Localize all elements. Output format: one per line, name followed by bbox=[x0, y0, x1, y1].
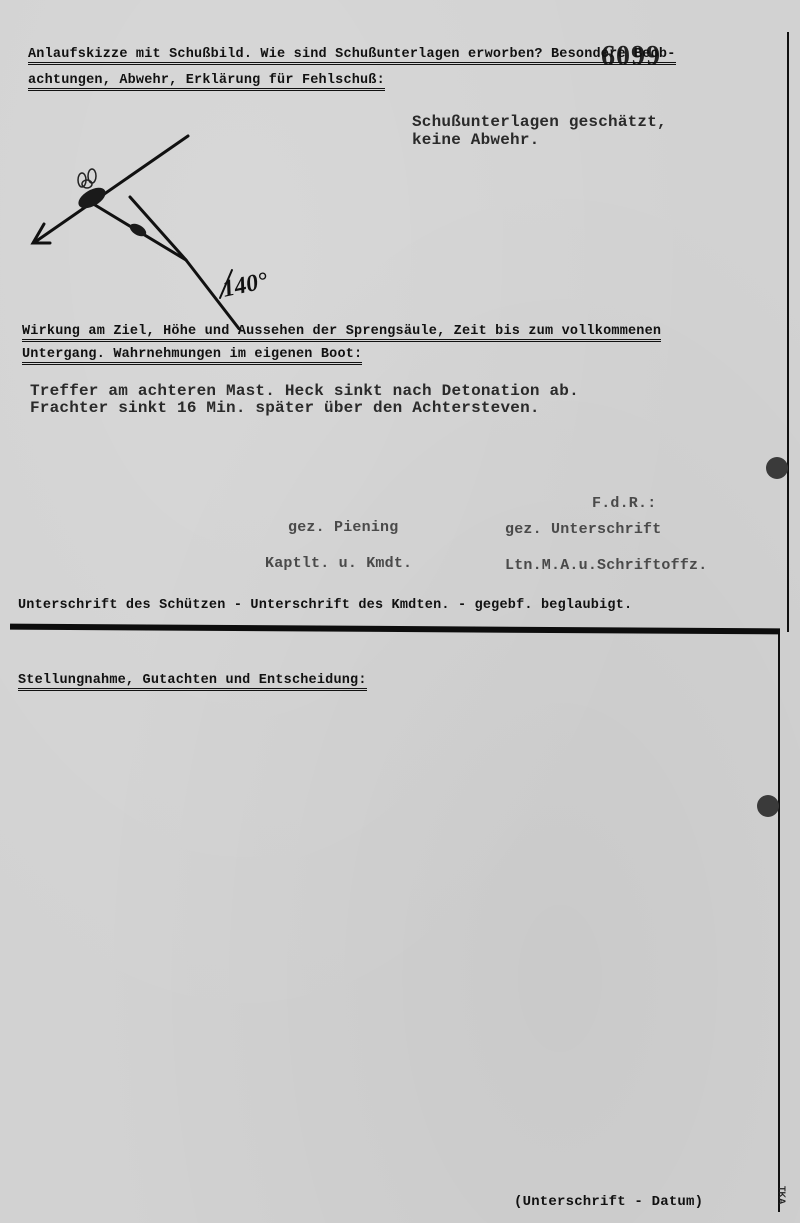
target-course-line bbox=[35, 136, 188, 242]
document-page: 6609 Anlaufskizze mit Schußbild. Wie sin… bbox=[0, 0, 800, 1223]
margin-mark: TKA bbox=[777, 1186, 787, 1205]
officer-signature: gez. Unterschrift bbox=[505, 521, 661, 538]
commander-rank: Kaptlt. u. Kmdt. bbox=[265, 555, 412, 572]
approach-heading-line2: achtungen, Abwehr, Erklärung für Fehlsch… bbox=[28, 73, 385, 88]
effect-answer-line1: Treffer am achteren Mast. Heck sinkt nac… bbox=[30, 382, 579, 400]
approach-answer-line1: Schußunterlagen geschätzt, bbox=[412, 113, 667, 131]
effect-heading-line2: Untergang. Wahrnehmungen im eigenen Boot… bbox=[22, 347, 362, 362]
punch-hole-bottom bbox=[757, 795, 779, 817]
punch-hole-top bbox=[766, 457, 788, 479]
effect-heading-line1: Wirkung am Ziel, Höhe und Aussehen der S… bbox=[22, 324, 661, 339]
assessment-heading: Stellungnahme, Gutachten und Entscheidun… bbox=[18, 673, 367, 688]
approach-heading-line1: Anlaufskizze mit Schußbild. Wie sind Sch… bbox=[28, 47, 676, 62]
section-divider-rule bbox=[10, 624, 780, 635]
signature-footer-label: Unterschrift des Schützen - Unterschrift… bbox=[18, 598, 632, 613]
effect-answer-line2: Frachter sinkt 16 Min. später über den A… bbox=[30, 399, 540, 417]
signature-date-label: (Unterschrift - Datum) bbox=[514, 1194, 703, 1210]
right-margin-rule-top bbox=[787, 32, 789, 632]
fdr-label: F.d.R.: bbox=[592, 495, 656, 512]
right-margin-rule-bottom bbox=[778, 632, 780, 1212]
target-ship-icon bbox=[75, 184, 109, 213]
approach-answer-line2: keine Abwehr. bbox=[412, 131, 539, 149]
sketch-angle-label: 140° bbox=[220, 268, 270, 303]
officer-rank: Ltn.M.A.u.Schriftoffz. bbox=[505, 557, 707, 574]
commander-signature: gez. Piening bbox=[288, 519, 398, 536]
attack-sketch-diagram: 140° bbox=[0, 120, 300, 330]
